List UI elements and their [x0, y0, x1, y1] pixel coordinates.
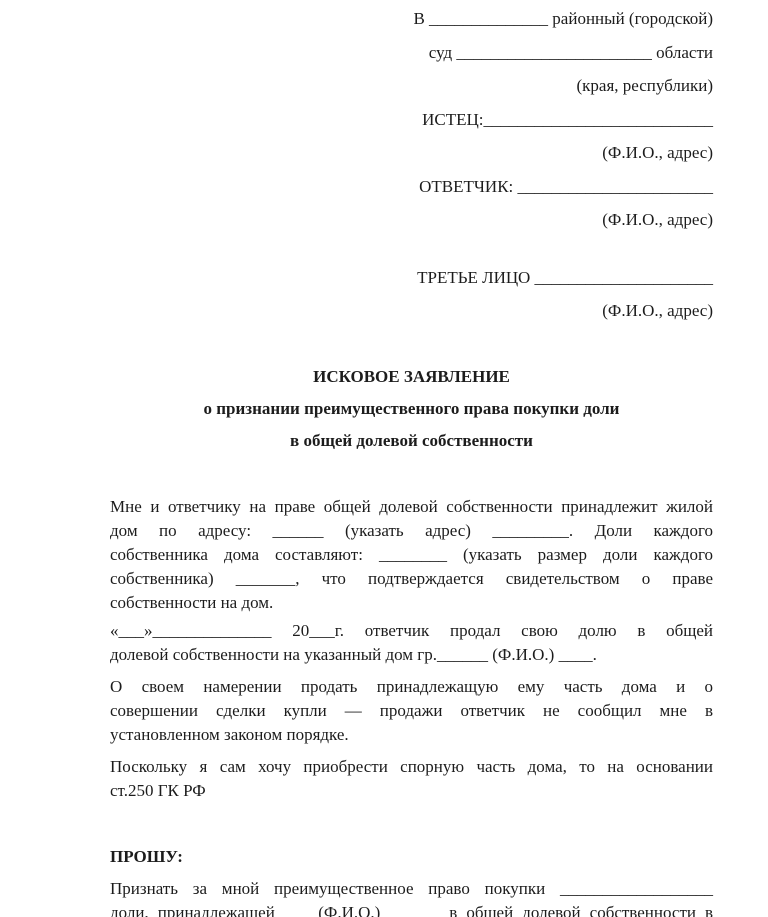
paragraph-line: совершении сделки купли — продажи ответч…	[110, 699, 713, 723]
request-heading: ПРОШУ:	[110, 845, 713, 869]
paragraph-line: Поскольку я сам хочу приобрести спорную …	[110, 755, 713, 779]
plaintiff-line: ИСТЕЦ:___________________________	[110, 103, 713, 137]
paragraph-legal-basis: Поскольку я сам хочу приобрести спорную …	[110, 755, 713, 803]
paragraph-line: установленном законом порядке.	[110, 723, 713, 747]
plaintiff-caption: (Ф.И.О., адрес)	[110, 136, 713, 170]
paragraph-line: дом по адресу: ______ (указать адрес) __…	[110, 519, 713, 543]
paragraph-ownership: Мне и ответчику на праве общей долевой с…	[110, 495, 713, 615]
paragraph-line: Мне и ответчику на праве общей долевой с…	[110, 495, 713, 519]
paragraph-no-notice: О своем намерении продать принадлежащую …	[110, 675, 713, 747]
paragraph-line: собственника) _______, что подтверждаетс…	[110, 567, 713, 591]
document-page: В ______________ районный (городской) су…	[0, 0, 768, 917]
court-name-line: В ______________ районный (городской)	[110, 2, 713, 36]
paragraph-sale-date: «___»______________ 20___г. ответчик про…	[110, 619, 713, 667]
third-party-line: ТРЕТЬЕ ЛИЦО _____________________	[110, 261, 713, 295]
paragraph-line: долевой собственности на указанный дом г…	[110, 643, 713, 667]
paragraph-line: ст.250 ГК РФ	[110, 779, 713, 803]
defendant-caption: (Ф.И.О., адрес)	[110, 203, 713, 237]
title-subject-2: в общей долевой собственности	[110, 425, 713, 457]
court-region-caption: (края, республики)	[110, 69, 713, 103]
third-party-caption: (Ф.И.О., адрес)	[110, 294, 713, 328]
title-subject-1: о признании преимущественного права поку…	[110, 393, 713, 425]
court-parties-header: В ______________ районный (городской) су…	[110, 2, 713, 328]
paragraph-line: доли, принадлежащей ___ (Ф.И.О.) ______ …	[110, 901, 713, 917]
paragraph-line: собственности на дом.	[110, 591, 713, 615]
paragraph-request: Признать за мной преимущественное право …	[110, 877, 713, 917]
court-region-line: суд _______________________ области	[110, 36, 713, 70]
paragraph-line: «___»______________ 20___г. ответчик про…	[110, 619, 713, 643]
document-title: ИСКОВОЕ ЗАЯВЛЕНИЕ о признании преимущест…	[110, 361, 713, 457]
paragraph-line: Признать за мной преимущественное право …	[110, 877, 713, 901]
defendant-line: ОТВЕТЧИК: _______________________	[110, 170, 713, 204]
title-main: ИСКОВОЕ ЗАЯВЛЕНИЕ	[110, 361, 713, 393]
paragraph-line: О своем намерении продать принадлежащую …	[110, 675, 713, 699]
paragraph-line: собственника дома составляют: ________ (…	[110, 543, 713, 567]
